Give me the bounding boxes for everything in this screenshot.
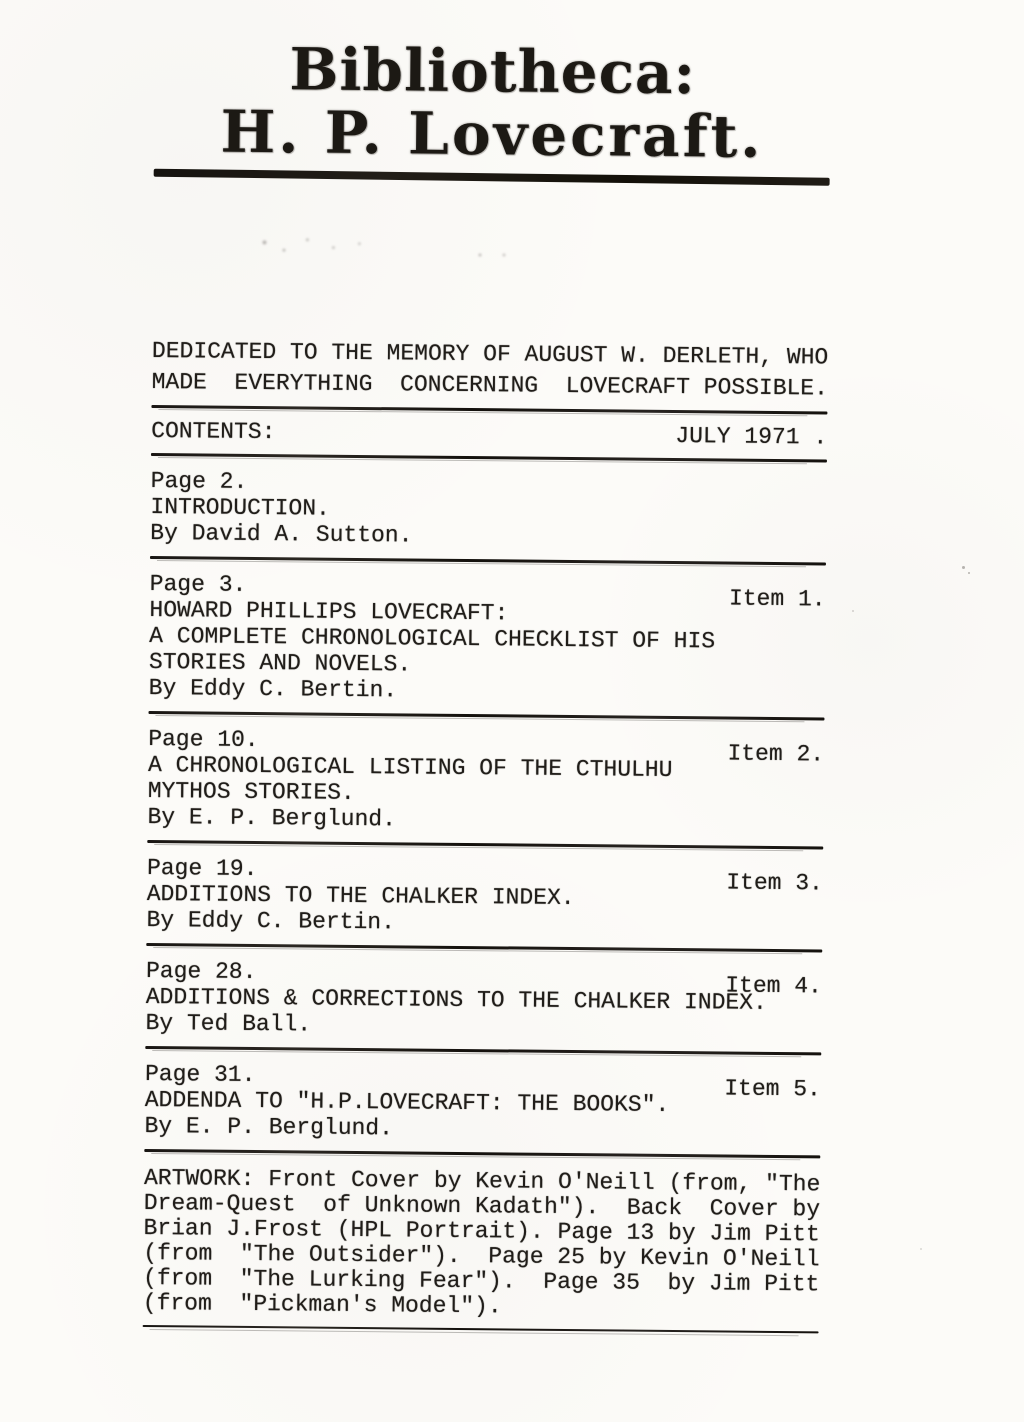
scan-speck (920, 1248, 922, 1250)
toc-item-number: Item 5. (724, 1076, 821, 1103)
toc-item-number: Item 2. (727, 741, 824, 768)
contents-header: CONTENTS: JULY 1971 . (151, 408, 827, 459)
toc-page-number: Page 3. (150, 571, 247, 598)
scan-speck (968, 572, 970, 574)
dedication: DEDICATED TO THE MEMORY OF AUGUST W. DER… (152, 336, 829, 404)
toc-entry-chalker-corrections: Page 28. Item 4. ADDITIONS & CORRECTIONS… (145, 946, 822, 1055)
toc-page-number: Page 2. (151, 468, 248, 495)
scan-speck (852, 610, 854, 612)
issue-date: JULY 1971 . (675, 423, 827, 450)
dedication-line: MADE EVERYTHING CONCERNING LOVECRAFT POS… (152, 367, 828, 404)
masthead: Bibliotheca: H. P. Lovecraft. (154, 36, 831, 184)
toc-page-number: Page 31. (145, 1061, 256, 1088)
toc-item-number: Item 4. (725, 973, 822, 1000)
toc-entry-byline: By Eddy C. Bertin. (146, 907, 822, 939)
toc-page-number: Page 28. (146, 958, 257, 985)
toc-entry-addenda: Page 31. Item 5. ADDENDA TO "H.P.LOVECRA… (144, 1049, 821, 1158)
toc-page-number: Page 10. (148, 726, 259, 753)
scanned-page: Bibliotheca: H. P. Lovecraft. DEDICATED … (0, 0, 1024, 1422)
toc-entry-chalker-additions: Page 19. Item 3. ADDITIONS TO THE CHALKE… (146, 843, 823, 952)
toc-entry-byline: By E. P. Berglund. (144, 1113, 820, 1145)
scan-speck (962, 566, 965, 569)
toc-page-number: Page 19. (147, 855, 258, 882)
contents-label: CONTENTS: (151, 418, 275, 445)
title-underline (154, 169, 830, 186)
toc-entry-byline: By E. P. Berglund. (147, 804, 823, 836)
toc-entry-introduction: Page 2. INTRODUCTION. By David A. Sutton… (150, 456, 827, 565)
page-title-line1: Bibliotheca: (154, 36, 831, 106)
toc-entry-byline: By David A. Sutton. (150, 520, 826, 552)
artwork-credits: ARTWORK: Front Cover by Kevin O'Neill (f… (143, 1152, 821, 1333)
toc-item-number: Item 3. (726, 870, 823, 897)
bottom-rule (143, 1325, 819, 1333)
toc-entry-checklist: Page 3. Item 1. HOWARD PHILLIPS LOVECRAF… (148, 559, 825, 720)
toc-entry-byline: By Eddy C. Bertin. (149, 675, 825, 707)
toc-entry-mythos-listing: Page 10. Item 2. A CHRONOLOGICAL LISTING… (147, 714, 824, 849)
page-content: Bibliotheca: H. P. Lovecraft. DEDICATED … (143, 36, 831, 1333)
toc-item-number: Item 1. (729, 586, 826, 613)
page-title-line2: H. P. Lovecraft. (154, 100, 831, 168)
